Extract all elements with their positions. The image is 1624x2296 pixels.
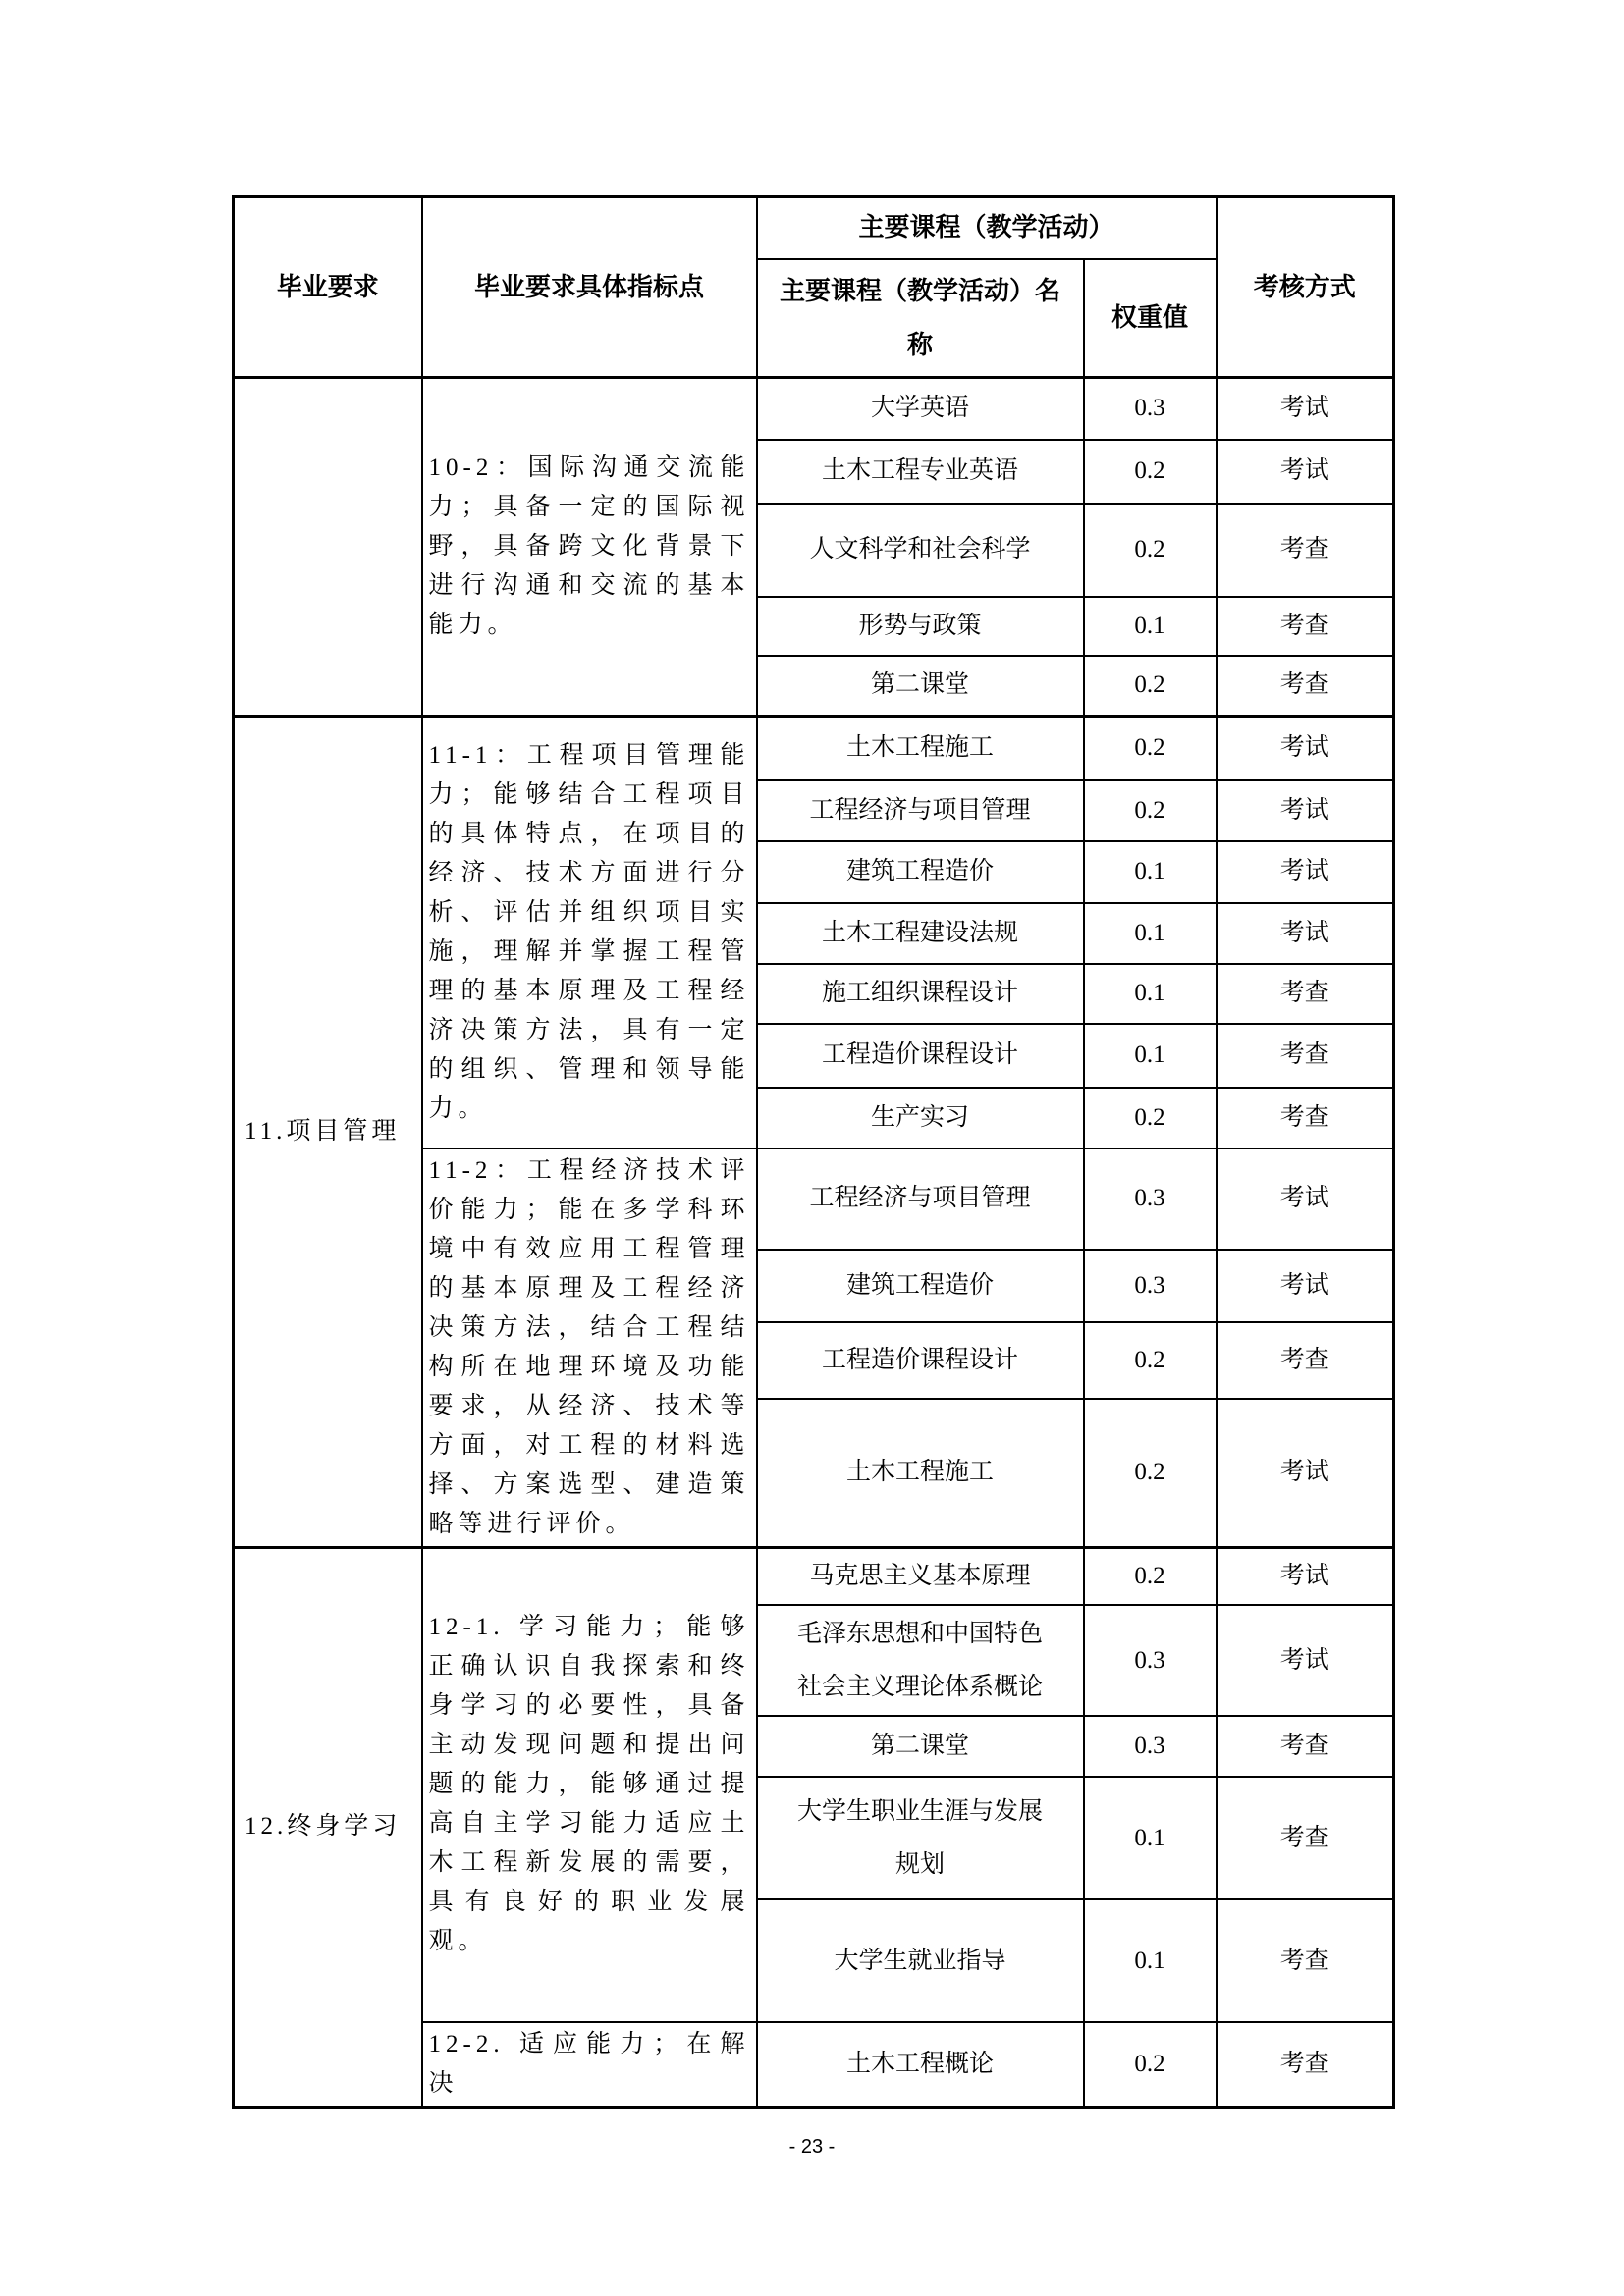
course-cell: 大学英语 — [757, 378, 1084, 440]
assessment-cell: 考查 — [1217, 656, 1394, 717]
document-page: 毕业要求 毕业要求具体指标点 主要课程（教学活动） 考核方式 主要课程（教学活动… — [0, 0, 1624, 2296]
table-row: 11.项目管理 11-1：工程项目管理能力；能够结合工程项目的具体特点，在项目的… — [234, 717, 1394, 780]
weight-cell: 0.1 — [1084, 964, 1217, 1024]
assessment-cell: 考试 — [1217, 1250, 1394, 1322]
assessment-cell: 考查 — [1217, 1777, 1394, 1899]
course-cell: 第二课堂 — [757, 1716, 1084, 1777]
requirement-cell — [234, 378, 422, 717]
weight-cell: 0.3 — [1084, 378, 1217, 440]
weight-cell: 0.1 — [1084, 1024, 1217, 1088]
weight-cell: 0.2 — [1084, 717, 1217, 780]
course-cell: 建筑工程造价 — [757, 1250, 1084, 1322]
course-cell: 工程经济与项目管理 — [757, 1148, 1084, 1250]
weight-cell: 0.3 — [1084, 1716, 1217, 1777]
course-cell: 毛泽东思想和中国特色社会主义理论体系概论 — [757, 1605, 1084, 1716]
table-row: 10-2：国际沟通交流能力；具备一定的国际视野，具备跨文化背景下进行沟通和交流的… — [234, 378, 1394, 440]
assessment-cell: 考试 — [1217, 841, 1394, 903]
course-cell: 大学生职业生涯与发展规划 — [757, 1777, 1084, 1899]
weight-cell: 0.2 — [1084, 1399, 1217, 1547]
course-cell: 工程经济与项目管理 — [757, 780, 1084, 841]
weight-cell: 0.2 — [1084, 1547, 1217, 1605]
course-cell: 建筑工程造价 — [757, 841, 1084, 903]
assessment-cell: 考查 — [1217, 504, 1394, 597]
course-cell: 土木工程施工 — [757, 1399, 1084, 1547]
course-cell: 工程造价课程设计 — [757, 1322, 1084, 1399]
assessment-cell: 考试 — [1217, 780, 1394, 841]
assessment-cell: 考试 — [1217, 378, 1394, 440]
header-main-courses-group: 主要课程（教学活动） — [757, 197, 1217, 259]
weight-cell: 0.2 — [1084, 780, 1217, 841]
course-cell: 土木工程施工 — [757, 717, 1084, 780]
weight-cell: 0.1 — [1084, 597, 1217, 656]
indicator-cell: 12-1. 学习能力；能够正确认识自我探索和终身学习的必要性，具备主动发现问题和… — [422, 1547, 757, 2022]
assessment-cell: 考查 — [1217, 597, 1394, 656]
weight-cell: 0.1 — [1084, 841, 1217, 903]
assessment-cell: 考查 — [1217, 1024, 1394, 1088]
weight-cell: 0.1 — [1084, 1899, 1217, 2022]
assessment-cell: 考查 — [1217, 1899, 1394, 2022]
course-cell: 马克思主义基本原理 — [757, 1547, 1084, 1605]
weight-cell: 0.3 — [1084, 1148, 1217, 1250]
course-cell: 土木工程建设法规 — [757, 903, 1084, 964]
assessment-cell: 考查 — [1217, 2022, 1394, 2108]
assessment-cell: 考查 — [1217, 964, 1394, 1024]
assessment-cell: 考试 — [1217, 1605, 1394, 1716]
course-cell: 大学生就业指导 — [757, 1899, 1084, 2022]
assessment-cell: 考试 — [1217, 903, 1394, 964]
indicator-cell: 11-2：工程经济技术评价能力；能在多学科环境中有效应用工程管理的基本原理及工程… — [422, 1148, 757, 1548]
indicator-cell: 12-2. 适应能力；在解决 — [422, 2022, 757, 2108]
course-cell: 人文科学和社会科学 — [757, 504, 1084, 597]
course-cell: 土木工程专业英语 — [757, 440, 1084, 504]
header-assessment-method: 考核方式 — [1217, 197, 1394, 378]
assessment-cell: 考试 — [1217, 717, 1394, 780]
assessment-cell: 考试 — [1217, 1547, 1394, 1605]
weight-cell: 0.2 — [1084, 1322, 1217, 1399]
indicator-cell: 11-1：工程项目管理能力；能够结合工程项目的具体特点，在项目的经济、技术方面进… — [422, 717, 757, 1148]
indicator-cell: 10-2：国际沟通交流能力；具备一定的国际视野，具备跨文化背景下进行沟通和交流的… — [422, 378, 757, 717]
assessment-cell: 考试 — [1217, 440, 1394, 504]
course-cell: 施工组织课程设计 — [757, 964, 1084, 1024]
assessment-cell: 考查 — [1217, 1088, 1394, 1148]
header-indicator: 毕业要求具体指标点 — [422, 197, 757, 378]
header-course-name: 主要课程（教学活动）名称 — [757, 259, 1084, 378]
assessment-cell: 考试 — [1217, 1148, 1394, 1250]
course-cell: 形势与政策 — [757, 597, 1084, 656]
requirement-cell: 11.项目管理 — [234, 717, 422, 1548]
course-cell: 生产实习 — [757, 1088, 1084, 1148]
page-number: - 23 - — [0, 2136, 1624, 2159]
weight-cell: 0.2 — [1084, 1088, 1217, 1148]
assessment-cell: 考查 — [1217, 1322, 1394, 1399]
weight-cell: 0.2 — [1084, 504, 1217, 597]
assessment-cell: 考试 — [1217, 1399, 1394, 1547]
graduation-requirements-table: 毕业要求 毕业要求具体指标点 主要课程（教学活动） 考核方式 主要课程（教学活动… — [232, 195, 1395, 2109]
weight-cell: 0.3 — [1084, 1250, 1217, 1322]
header-weight: 权重值 — [1084, 259, 1217, 378]
course-cell: 土木工程概论 — [757, 2022, 1084, 2108]
requirement-cell: 12.终身学习 — [234, 1547, 422, 2108]
course-cell: 工程造价课程设计 — [757, 1024, 1084, 1088]
weight-cell: 0.1 — [1084, 1777, 1217, 1899]
assessment-cell: 考查 — [1217, 1716, 1394, 1777]
weight-cell: 0.3 — [1084, 1605, 1217, 1716]
weight-cell: 0.1 — [1084, 903, 1217, 964]
table-row: 12.终身学习 12-1. 学习能力；能够正确认识自我探索和终身学习的必要性，具… — [234, 1547, 1394, 1605]
header-graduation-requirement: 毕业要求 — [234, 197, 422, 378]
course-cell: 第二课堂 — [757, 656, 1084, 717]
weight-cell: 0.2 — [1084, 656, 1217, 717]
weight-cell: 0.2 — [1084, 440, 1217, 504]
weight-cell: 0.2 — [1084, 2022, 1217, 2108]
